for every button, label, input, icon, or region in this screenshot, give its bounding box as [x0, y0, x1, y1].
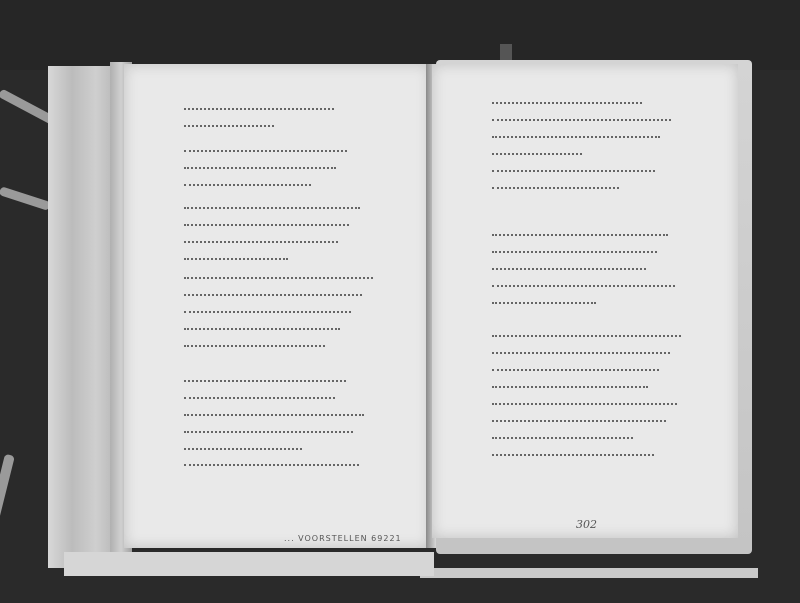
- handwritten-line: [184, 222, 349, 226]
- handwritten-line: [492, 452, 654, 456]
- left-bottom-strip: [64, 552, 434, 576]
- handwritten-line: [492, 300, 596, 304]
- handwritten-line: [492, 435, 633, 439]
- handwritten-line: [492, 100, 642, 104]
- handwritten-line: [492, 350, 670, 354]
- handwritten-line: [492, 185, 619, 189]
- handwritten-line: [184, 309, 351, 313]
- handwritten-line: [184, 123, 274, 127]
- handwritten-line: [184, 106, 334, 110]
- handwritten-line: [184, 326, 340, 330]
- handwritten-line: [184, 182, 311, 186]
- handwritten-line: [492, 232, 668, 236]
- handwritten-line: [184, 462, 359, 466]
- folio-number: 302: [576, 518, 597, 531]
- handwritten-line: [184, 239, 338, 243]
- bottom-annotation: ... VOORSTELLEN 69221: [284, 534, 402, 543]
- handwritten-line: [492, 249, 657, 253]
- ribbon-bottom: [0, 454, 15, 602]
- handwritten-line: [184, 292, 362, 296]
- handwritten-line: [492, 384, 648, 388]
- handwritten-line: [184, 412, 364, 416]
- handwritten-line: [184, 256, 288, 260]
- handwritten-line: [184, 205, 360, 209]
- left-page: ... VOORSTELLEN 69221: [124, 64, 430, 548]
- ribbon-middle: [0, 186, 51, 211]
- handwritten-line: [492, 283, 675, 287]
- handwritten-line: [184, 446, 302, 450]
- handwritten-line: [492, 367, 659, 371]
- handwritten-line: [492, 401, 677, 405]
- handwritten-line: [184, 395, 335, 399]
- handwritten-line: [492, 168, 655, 172]
- handwritten-line: [492, 151, 582, 155]
- handwritten-line: [492, 418, 666, 422]
- handwritten-line: [184, 148, 347, 152]
- handwritten-line: [492, 117, 671, 121]
- handwritten-line: [184, 429, 353, 433]
- right-page: 302: [432, 64, 738, 538]
- handwritten-line: [492, 134, 660, 138]
- handwritten-line: [492, 266, 646, 270]
- handwritten-line: [492, 333, 681, 337]
- handwritten-line: [184, 275, 373, 279]
- handwritten-line: [184, 378, 346, 382]
- handwritten-line: [184, 165, 336, 169]
- bottom-paper-strip: [420, 568, 758, 578]
- handwritten-line: [184, 343, 325, 347]
